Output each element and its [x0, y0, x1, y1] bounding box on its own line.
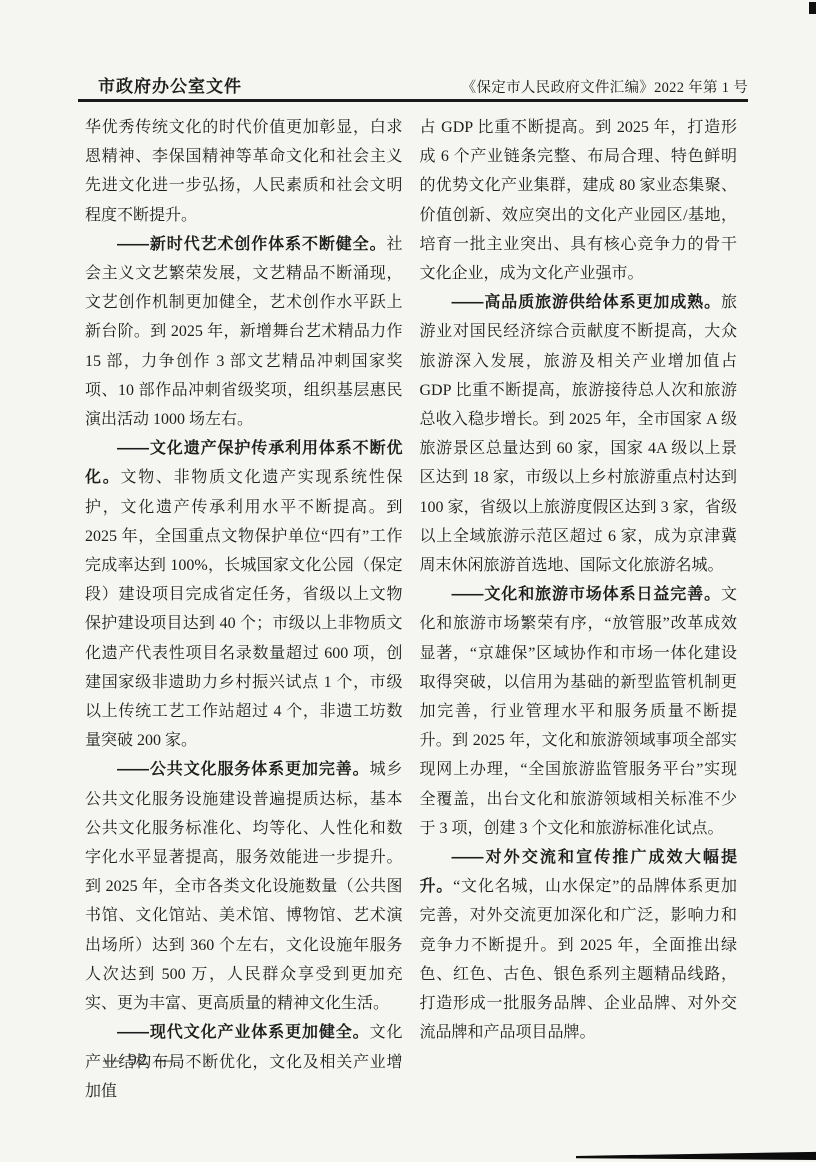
paragraph-lead: ——文化和旅游市场体系日益完善。	[452, 586, 721, 603]
paragraph: ——公共文化服务体系更加完善。城乡公共文化服务设施建设普遍提质达标，基本公共文化…	[85, 755, 403, 1018]
document-page: 市政府办公室文件 《保定市人民政府文件汇编》2022 年第 1 号 华优秀传统文…	[0, 0, 816, 1162]
right-column: 占 GDP 比重不断提高。到 2025 年，打造形成 6 个产业链条完整、布局合…	[420, 113, 738, 1106]
paragraph-text: 社会主义文艺繁荣发展，文艺精品不断涌现，文艺创作机制更加健全，艺术创作水平跃上新…	[85, 236, 403, 428]
paragraph-text: 文化和旅游市场繁荣有序，“放管服”改革成效显著，“京雄保”区域协作和市场一体化建…	[420, 586, 738, 837]
header-doc-type: 市政府办公室文件	[78, 72, 242, 97]
paragraph: ——新时代艺术创作体系不断健全。社会主义文艺繁荣发展，文艺精品不断涌现，文艺创作…	[85, 230, 403, 434]
paragraph-text: 文物、非物质文化遗产实现系统性保护，文化遗产传承利用水平不断提高。到 2025 …	[85, 469, 403, 749]
paragraph-text: “文化名城，山水保定”的品牌体系更加完善，对外交流更加深化和广泛，影响力和竞争力…	[420, 878, 738, 1041]
header-publication-title: 《保定市人民政府文件汇编》2022 年第 1 号	[462, 76, 748, 97]
paragraph: ——文化遗产保护传承利用体系不断优化。文物、非物质文化遗产实现系统性保护，文化遗…	[85, 434, 403, 755]
page-number: — 92 —	[103, 1050, 175, 1070]
document-body: 华优秀传统文化的时代价值更加彰显，白求恩精神、李保国精神等革命文化和社会主义先进…	[85, 113, 737, 1106]
paragraph: 占 GDP 比重不断提高。到 2025 年，打造形成 6 个产业链条完整、布局合…	[420, 113, 738, 288]
paragraph-text: 城乡公共文化服务设施建设普遍提质达标，基本公共文化服务标准化、均等化、人性化和数…	[85, 761, 403, 1012]
paragraph-lead: ——高品质旅游供给体系更加成熟。	[452, 294, 721, 311]
paragraph: ——文化和旅游市场体系日益完善。文化和旅游市场繁荣有序，“放管服”改革成效显著，…	[420, 580, 738, 843]
paragraph: 华优秀传统文化的时代价值更加彰显，白求恩精神、李保国精神等革命文化和社会主义先进…	[85, 113, 403, 230]
paragraph-text: 华优秀传统文化的时代价值更加彰显，白求恩精神、李保国精神等革命文化和社会主义先进…	[85, 119, 403, 224]
paragraph: ——对外交流和宣传推广成效大幅提升。“文化名城，山水保定”的品牌体系更加完善，对…	[420, 843, 738, 1047]
header-rule	[78, 99, 748, 102]
left-column: 华优秀传统文化的时代价值更加彰显，白求恩精神、李保国精神等革命文化和社会主义先进…	[85, 113, 403, 1106]
paragraph-lead: ——现代文化产业体系更加健全。	[117, 1024, 370, 1041]
paragraph-lead: ——新时代艺术创作体系不断健全。	[117, 236, 386, 253]
scan-artifact-top-right	[809, 2, 816, 14]
page-header: 市政府办公室文件 《保定市人民政府文件汇编》2022 年第 1 号	[78, 72, 748, 97]
scan-artifact-bottom-right	[576, 1151, 816, 1160]
paragraph-text: 占 GDP 比重不断提高。到 2025 年，打造形成 6 个产业链条完整、布局合…	[420, 119, 738, 282]
paragraph: ——高品质旅游供给体系更加成熟。旅游业对国民经济综合贡献度不断提高，大众旅游深入…	[420, 288, 738, 580]
paragraph-lead: ——公共文化服务体系更加完善。	[117, 761, 370, 778]
paragraph-text: 旅游业对国民经济综合贡献度不断提高，大众旅游深入发展，旅游及相关产业增加值占 G…	[420, 294, 738, 574]
